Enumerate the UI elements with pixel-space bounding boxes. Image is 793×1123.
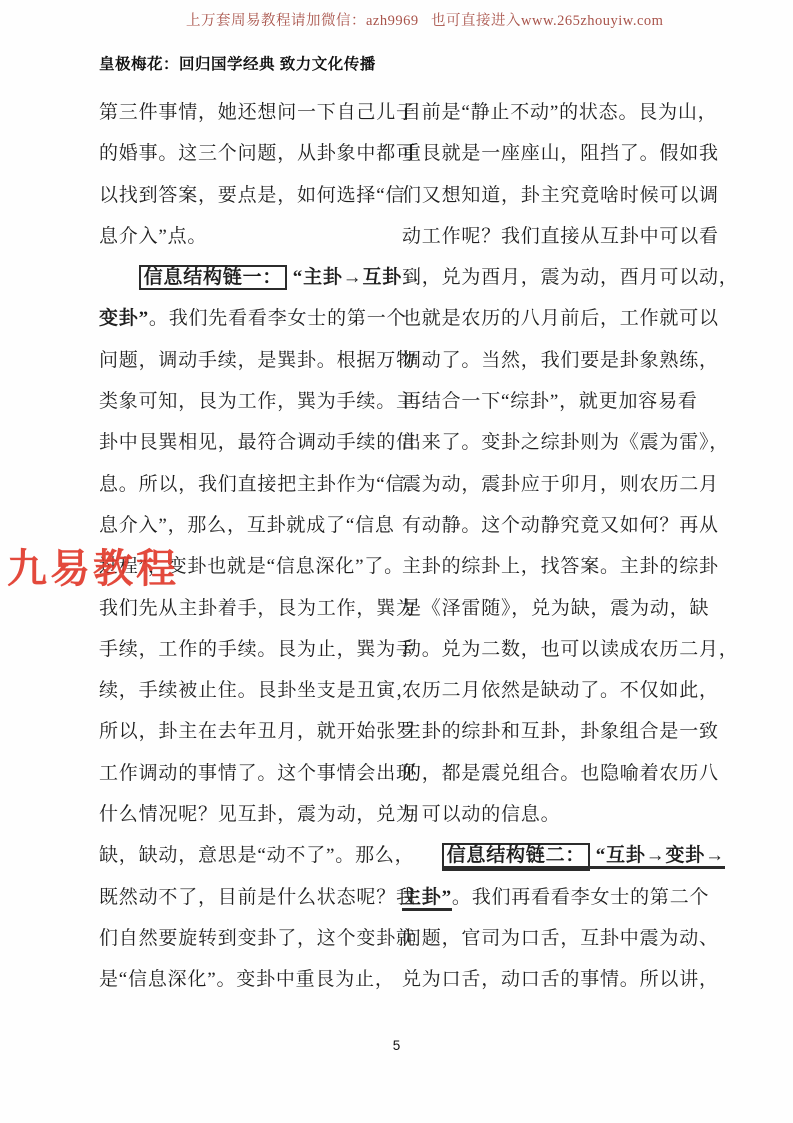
text-segment: 动。兑为二数，也可以读成农历二月， [402, 639, 739, 660]
text-segment: 问题，官司为口舌，互卦中震为动、 [402, 928, 719, 949]
red-watermark: 九易教程 [7, 537, 179, 594]
text-line: 的婚事。这三个问题，从卦象中都可 [99, 133, 399, 174]
text-segment: 们自然要旋转到变卦了，这个变卦就 [99, 928, 416, 949]
text-line: 动。兑为二数，也可以读成农历二月， [402, 629, 702, 670]
text-line: 工作调动的事情了。这个事情会出现 [99, 753, 399, 794]
text-segment: 是“信息深化”。变卦中重艮为止， [99, 969, 395, 990]
text-segment: 主卦的综卦上，找答案。主卦的综卦 [402, 556, 719, 577]
text-segment: 类象可知，艮为工作，巽为手续。主 [99, 391, 416, 412]
text-segment: 息。所以，我们直接把主卦作为“信 [99, 474, 405, 495]
text-line: 既然动不了，目前是什么状态呢？我 [99, 877, 399, 918]
text-line: 出来了。变卦之综卦则为《震为雷》， [402, 422, 702, 463]
page-number: 5 [0, 1038, 793, 1053]
document-title: 皇极梅花：回归国学经典 致力文化传播 [99, 52, 376, 74]
text-line: 到，兑为酉月，震为动，酉月可以动， [402, 257, 702, 298]
text-segment: 重艮就是一座座山，阻挡了。假如我 [402, 143, 719, 164]
text-segment: 调动了。当然，我们要是卦象熟练， [402, 350, 719, 371]
text-segment: 手续，工作的手续。艮为止，巽为手 [99, 639, 416, 660]
text-segment: 目前是“静止不动”的状态。艮为山， [402, 102, 717, 123]
text-line: 所以，卦主在去年丑月，就开始张罗 [99, 711, 399, 752]
text-segment: 什么情况呢？见互卦，震为动，兑为 [99, 804, 416, 825]
text-line: 是“信息深化”。变卦中重艮为止， [99, 959, 399, 1000]
text-line: 目前是“静止不动”的状态。艮为山， [402, 92, 702, 133]
text-segment: 工作调动的事情了。这个事情会出现 [99, 763, 416, 784]
text-segment: 息介入”，那么，互卦就成了“信息 [99, 515, 395, 536]
text-line: 们自然要旋转到变卦了，这个变卦就 [99, 918, 399, 959]
text-segment: 缺，缺动，意思是“动不了”。那么， [99, 845, 414, 866]
text-line: 是《泽雷随》，兑为缺，震为动，缺 [402, 588, 702, 629]
text-segment: 以找到答案，要点是，如何选择“信 [99, 185, 405, 206]
text-segment: “互卦→变卦→ [590, 845, 725, 866]
promo-header: 上万套周易教程请加微信：azh9969 也可直接进入www.265zhouyiw… [186, 9, 663, 30]
text-line: 主卦的综卦和互卦，卦象组合是一致 [402, 711, 702, 752]
text-line: 问题，官司为口舌，互卦中震为动、 [402, 918, 702, 959]
text-segment: 的婚事。这三个问题，从卦象中都可 [99, 143, 416, 164]
scanned-document-page: { "header": { "promo": "上万套周易教程请加微信：azh9… [0, 0, 793, 1123]
text-line: 类象可知，艮为工作，巽为手续。主 [99, 381, 399, 422]
text-segment: 续，手续被止住。艮卦坐支是丑寅， [99, 680, 416, 701]
text-line: 第三件事情，她还想问一下自己儿子 [99, 92, 399, 133]
text-line: 主卦的综卦上，找答案。主卦的综卦 [402, 546, 702, 587]
text-segment: 。我们再看看李女士的第二个 [452, 887, 709, 908]
text-segment [402, 845, 442, 866]
text-line: 手续，工作的手续。艮为止，巽为手 [99, 629, 399, 670]
text-segment: 问题，调动手续，是巽卦。根据万物 [99, 350, 416, 371]
text-line: 续，手续被止住。艮卦坐支是丑寅， [99, 670, 399, 711]
text-segment: 有动静。这个动静究竟又如何？再从 [402, 515, 719, 536]
text-line: 息介入”点。 [99, 216, 399, 257]
text-segment: 是《泽雷随》，兑为缺，震为动，缺 [402, 598, 709, 619]
text-segment: 震为动，震卦应于卯月，则农历二月 [402, 474, 719, 495]
text-line: 动工作呢？我们直接从互卦中可以看 [402, 216, 702, 257]
text-line: 信息结构链二： “互卦→变卦→ [402, 835, 702, 876]
text-segment: 农历二月依然是缺动了。不仅如此， [402, 680, 719, 701]
text-segment: 我们先从主卦着手，艮为工作，巽为 [99, 598, 416, 619]
text-line: 调动了。当然，我们要是卦象熟练， [402, 340, 702, 381]
right-text-column: 目前是“静止不动”的状态。艮为山，重艮就是一座座山，阻挡了。假如我们又想知道，卦… [402, 92, 702, 1001]
text-line: 农历二月依然是缺动了。不仅如此， [402, 670, 702, 711]
text-segment: 兑为口舌，动口舌的事情。所以讲， [402, 969, 719, 990]
text-line: 重艮就是一座座山，阻挡了。假如我 [402, 133, 702, 174]
text-segment: 主卦” [402, 887, 452, 908]
text-segment: 再结合一下“综卦”，就更加容易看 [402, 391, 698, 412]
text-segment: 们又想知道，卦主究竟啥时候可以调 [402, 185, 719, 206]
text-line: 也就是农历的八月前后，工作就可以 [402, 298, 702, 339]
text-line: 以找到答案，要点是，如何选择“信 [99, 175, 399, 216]
text-segment: 出来了。变卦之综卦则为《震为雷》， [402, 432, 729, 453]
text-line: 有动静。这个动静究竟又如何？再从 [402, 505, 702, 546]
text-line: 的，都是震兑组合。也隐喻着农历八 [402, 753, 702, 794]
text-segment: 所以，卦主在去年丑月，就开始张罗 [99, 721, 416, 742]
text-segment: 到，兑为酉月，震为动，酉月可以动， [402, 267, 739, 288]
text-line: 息。所以，我们直接把主卦作为“信 [99, 464, 399, 505]
text-segment: 变卦” [99, 308, 149, 329]
text-segment: 既然动不了，目前是什么状态呢？我 [99, 887, 416, 908]
text-segment: 第三件事情，她还想问一下自己儿子 [99, 102, 416, 123]
text-segment: 卦中艮巽相见，最符合调动手续的信 [99, 432, 416, 453]
text-line: 问题，调动手续，是巽卦。根据万物 [99, 340, 399, 381]
chain-label-box: 信息结构链二： [442, 843, 591, 868]
text-line: 什么情况呢？见互卦，震为动，兑为 [99, 794, 399, 835]
chain-label-box: 信息结构链一： [139, 265, 288, 290]
text-segment: 。我们先看看李女士的第一个 [149, 308, 406, 329]
text-segment: 月可以动的信息。 [402, 804, 560, 825]
text-segment: 也就是农历的八月前后，工作就可以 [402, 308, 719, 329]
text-line: 主卦”。我们再看看李女士的第二个 [402, 877, 702, 918]
text-line: 再结合一下“综卦”，就更加容易看 [402, 381, 702, 422]
text-line: 兑为口舌，动口舌的事情。所以讲， [402, 959, 702, 1000]
text-segment: 主卦的综卦和互卦，卦象组合是一致 [402, 721, 719, 742]
text-line: 变卦”。我们先看看李女士的第一个 [99, 298, 399, 339]
text-segment: 动工作呢？我们直接从互卦中可以看 [402, 226, 719, 247]
text-line: 缺，缺动，意思是“动不了”。那么， [99, 835, 399, 876]
text-segment: 的，都是震兑组合。也隐喻着农历八 [402, 763, 719, 784]
text-line: 卦中艮巽相见，最符合调动手续的信 [99, 422, 399, 463]
text-line: 信息结构链一： “主卦→互卦→ [99, 257, 399, 298]
text-segment [99, 267, 139, 288]
text-line: 月可以动的信息。 [402, 794, 702, 835]
text-line: 震为动，震卦应于卯月，则农历二月 [402, 464, 702, 505]
text-segment: 息介入”点。 [99, 226, 207, 247]
text-line: 们又想知道，卦主究竟啥时候可以调 [402, 175, 702, 216]
